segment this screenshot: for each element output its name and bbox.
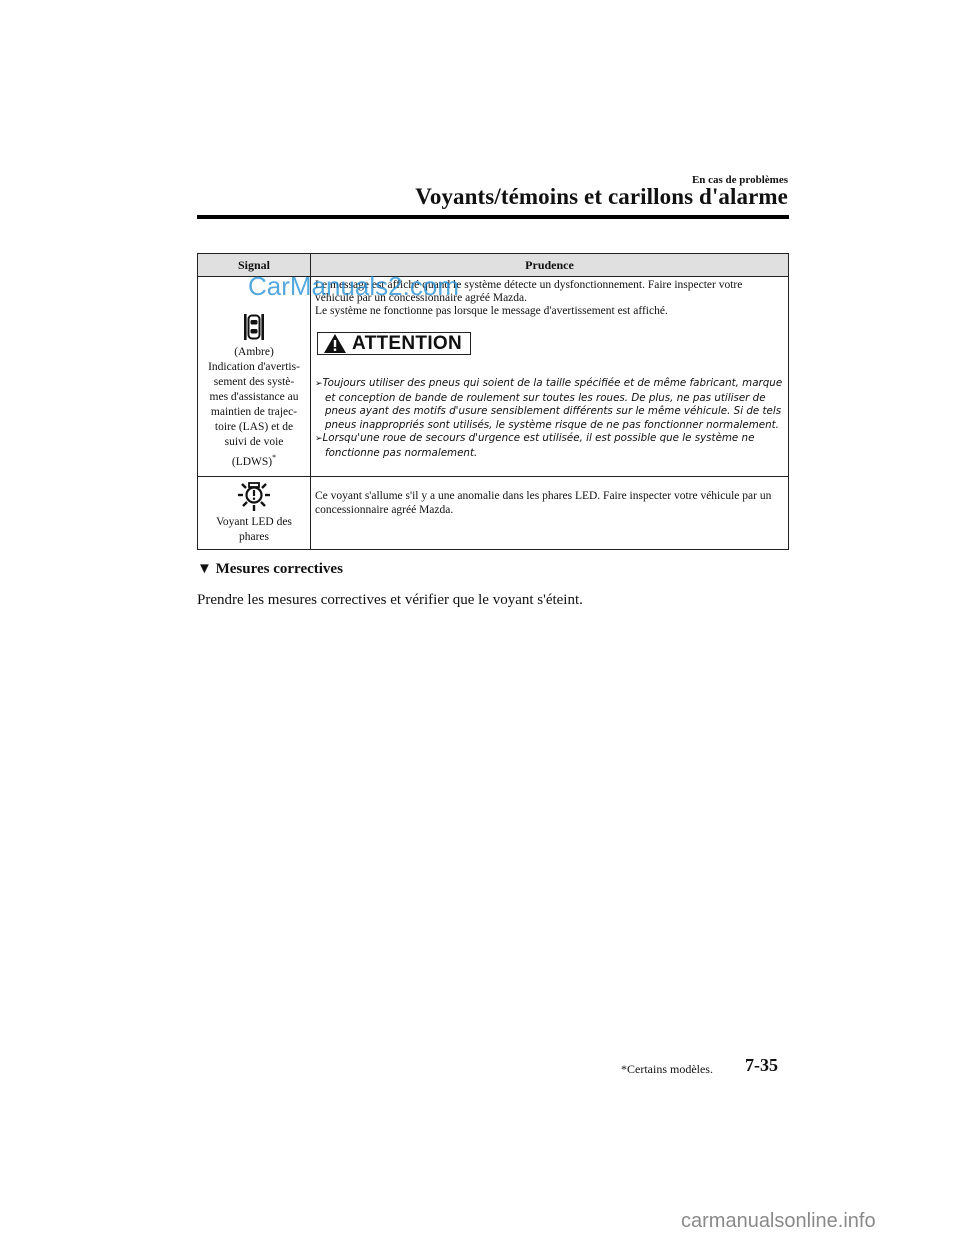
- description-text: Ce voyant s'allume s'il y a une anomalie…: [315, 489, 784, 517]
- caution-text: Lorsqu'une roue de secours d'urgence est…: [323, 432, 755, 459]
- watermark-link[interactable]: CarManuals2.com: [248, 271, 459, 302]
- signal-color-label: (Ambre): [198, 345, 310, 360]
- led-headlight-warning-icon: [237, 481, 271, 513]
- section-heading-text: Mesures correctives: [216, 561, 343, 577]
- attention-label: ATTENTION: [352, 337, 462, 350]
- lane-keep-assist-warning-icon: [243, 313, 265, 341]
- page-number: 7-35: [745, 1055, 778, 1076]
- caution-item: ➢Lorsqu'une roue de secours d'urgence es…: [315, 432, 784, 460]
- section-body: Prendre les mesures correctives et vérif…: [197, 592, 583, 609]
- signal-label-line: (LDWS)*: [198, 450, 310, 470]
- title-divider: [197, 215, 789, 219]
- signal-label-text: (LDWS): [232, 456, 272, 468]
- signal-label-line: Voyant LED des: [198, 515, 310, 530]
- signal-cell: (Ambre) Indication d'avertis- sement des…: [198, 277, 311, 477]
- description-cell: Le message est affiché quand le système …: [311, 277, 789, 477]
- signal-label-line: suivi de voie: [198, 435, 310, 450]
- watermark-site[interactable]: carmanualsonline.info: [681, 1210, 876, 1233]
- footnote: *Certains modèles.: [621, 1062, 713, 1077]
- signal-label-line: phares: [198, 530, 310, 545]
- description-text: Le système ne fonctionne pas lorsque le …: [315, 305, 784, 318]
- table-row: Voyant LED des phares Ce voyant s'allume…: [198, 476, 789, 549]
- caution-item: ➢Toujours utiliser des pneus qui soient …: [315, 377, 784, 432]
- section-heading: ▼ Mesures correctives: [197, 561, 343, 578]
- caution-list: ➢Toujours utiliser des pneus qui soient …: [315, 377, 784, 460]
- bullet-arrow-icon: ➢: [315, 434, 323, 444]
- table-row: (Ambre) Indication d'avertis- sement des…: [198, 277, 789, 477]
- footnote-mark: *: [272, 453, 276, 462]
- bullet-arrow-icon: ➢: [315, 379, 323, 389]
- warning-triangle-icon: [324, 334, 346, 353]
- signal-cell: Voyant LED des phares: [198, 476, 311, 549]
- signal-label-line: maintien de trajec-: [198, 405, 310, 420]
- caution-text: Toujours utiliser des pneus qui soient d…: [323, 377, 783, 431]
- description-cell: Ce voyant s'allume s'il y a une anomalie…: [311, 476, 789, 549]
- signal-label-line: mes d'assistance au: [198, 390, 310, 405]
- signal-label-line: Indication d'avertis-: [198, 360, 310, 375]
- page-title: Voyants/témoins et carillons d'alarme: [415, 184, 788, 210]
- signal-label-line: toire (LAS) et de: [198, 420, 310, 435]
- triangle-down-icon: ▼: [197, 561, 212, 577]
- attention-banner: ATTENTION: [317, 332, 471, 355]
- signal-label-line: sement des systè-: [198, 375, 310, 390]
